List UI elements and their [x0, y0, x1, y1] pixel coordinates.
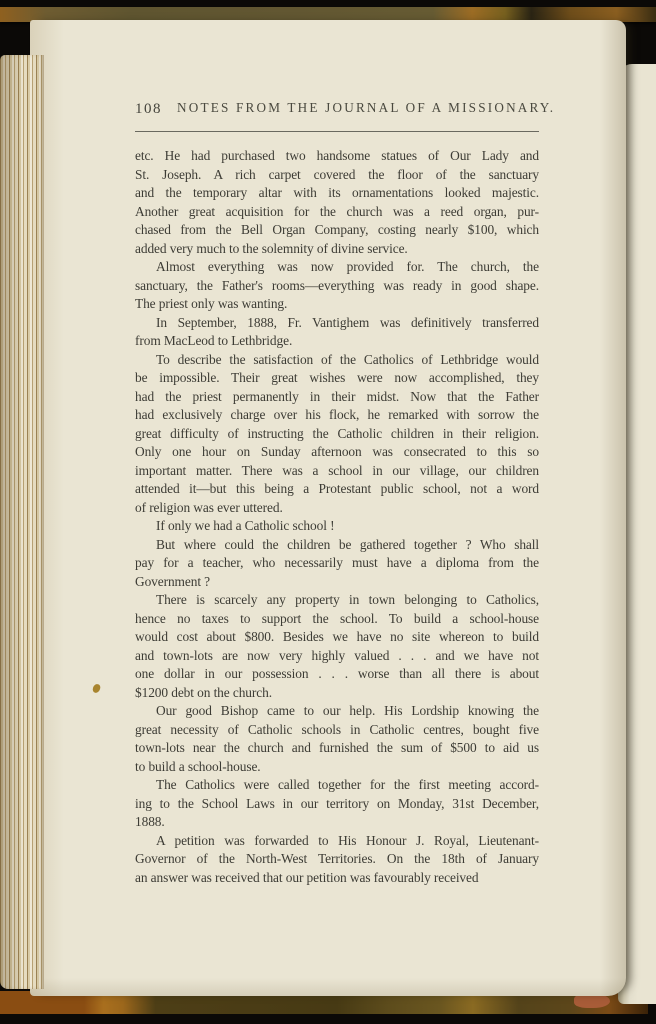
text-line: Another great acquisition for the church…	[135, 203, 539, 222]
text-line: had the priest permanently in their mids…	[135, 388, 539, 407]
paragraph: If only we had a Catholic school !	[135, 517, 539, 536]
text-line: pay for a teacher, who necessarily must …	[135, 554, 539, 573]
text-line: great difficulty of instructing the Cath…	[135, 425, 539, 444]
text-line: St. Joseph. A rich carpet covered the fl…	[135, 166, 539, 185]
text-line: town-lots near the church and furnished …	[135, 739, 539, 758]
paragraph: In September, 1888, Fr. Vantighem was de…	[135, 314, 539, 351]
text-line: be impossible. Their great wishes were n…	[135, 369, 539, 388]
paragraph: But where could the children be gathered…	[135, 536, 539, 592]
paragraph: The Catholics were called together for t…	[135, 776, 539, 832]
text-line: Almost everything was now provided for. …	[135, 258, 539, 277]
paragraph: Almost everything was now provided for. …	[135, 258, 539, 314]
text-line: $1200 debt on the church.	[135, 684, 539, 703]
text-line: If only we had a Catholic school !	[135, 517, 539, 536]
text-line: chased from the Bell Organ Company, cost…	[135, 221, 539, 240]
text-line: to build a school-house.	[135, 758, 539, 777]
paragraph: To describe the satisfaction of the Cath…	[135, 351, 539, 518]
text-line: one dollar in our possession . . . worse…	[135, 665, 539, 684]
text-line: A petition was forwarded to His Honour J…	[135, 832, 539, 851]
text-line: But where could the children be gathered…	[135, 536, 539, 555]
text-line: 1888.	[135, 813, 539, 832]
text-line: important matter. There was a school in …	[135, 462, 539, 481]
text-line: Our good Bishop came to our help. His Lo…	[135, 702, 539, 721]
text-line: great necessity of Catholic schools in C…	[135, 721, 539, 740]
text-line: ing to the School Laws in our territory …	[135, 795, 539, 814]
body-text: etc. He had purchased two handsome statu…	[135, 147, 539, 887]
text-line: would cost about $800. Besides we have n…	[135, 628, 539, 647]
text-line: To describe the satisfaction of the Cath…	[135, 351, 539, 370]
text-line: and town-lots are now very highly valued…	[135, 647, 539, 666]
text-line: and the temporary altar with its ornamen…	[135, 184, 539, 203]
paragraph: A petition was forwarded to His Honour J…	[135, 832, 539, 888]
text-line: hence no taxes to support the school. To…	[135, 610, 539, 629]
text-line: attended it—but this being a Protestant …	[135, 480, 539, 499]
running-head: NOTES FROM THE JOURNAL OF A MISSIONARY.	[135, 100, 539, 116]
book-page: 108 NOTES FROM THE JOURNAL OF A MISSIONA…	[30, 20, 626, 996]
text-line: an answer was received that our petition…	[135, 869, 539, 888]
paragraph: There is scarcely any property in town b…	[135, 591, 539, 702]
paragraph: etc. He had purchased two handsome statu…	[135, 147, 539, 258]
text-line: sanctuary, the Father's rooms—everything…	[135, 277, 539, 296]
book-page-edges	[0, 55, 44, 989]
text-line: Only one hour on Sunday afternoon was co…	[135, 443, 539, 462]
text-line: Government ?	[135, 573, 539, 592]
text-line: The priest only was wanting.	[135, 295, 539, 314]
page-number: 108	[135, 101, 162, 118]
text-line: etc. He had purchased two handsome statu…	[135, 147, 539, 166]
text-line: The Catholics were called together for t…	[135, 776, 539, 795]
text-line: added very much to the solemnity of divi…	[135, 240, 539, 259]
text-line: from MacLeod to Lethbridge.	[135, 332, 539, 351]
text-line: of religion was ever uttered.	[135, 499, 539, 518]
text-line: There is scarcely any property in town b…	[135, 591, 539, 610]
text-line: In September, 1888, Fr. Vantighem was de…	[135, 314, 539, 333]
text-line: had exclusively charge over his flock, h…	[135, 406, 539, 425]
header-rule	[135, 131, 539, 132]
paragraph: Our good Bishop came to our help. His Lo…	[135, 702, 539, 776]
printed-content: 108 NOTES FROM THE JOURNAL OF A MISSIONA…	[135, 20, 539, 887]
page-header: 108 NOTES FROM THE JOURNAL OF A MISSIONA…	[135, 100, 539, 118]
text-line: Governor of the North-West Territories. …	[135, 850, 539, 869]
